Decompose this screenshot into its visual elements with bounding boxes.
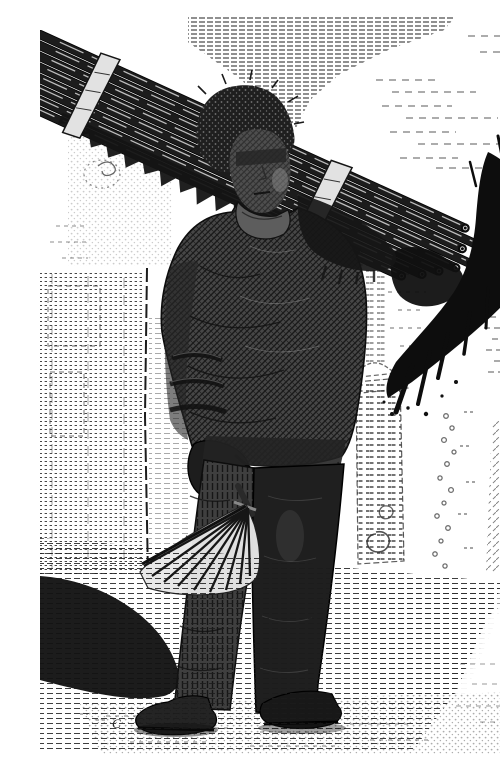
engraved-illustration: Chimney sweep boy with rods and brush — … [40,16,500,754]
signature-mark: C [112,716,121,731]
chimney-sweep-engraving: Chimney sweep boy with rods and brush — … [40,16,500,754]
